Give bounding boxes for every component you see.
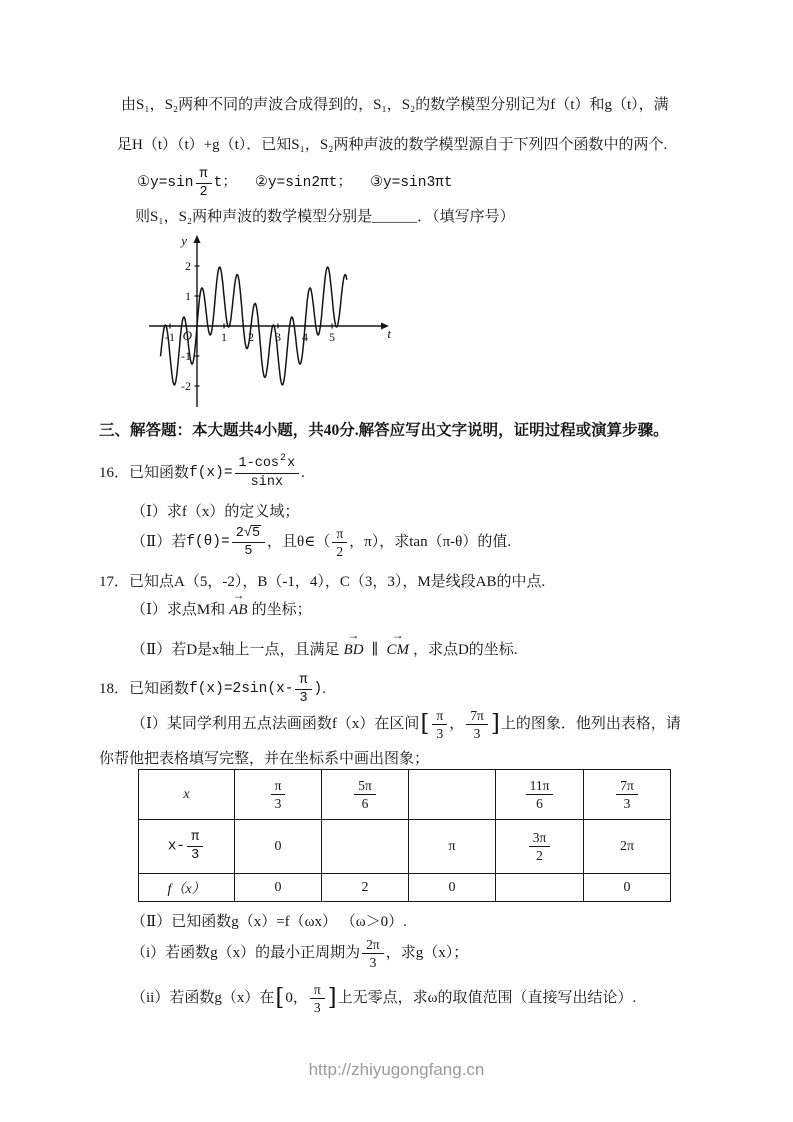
svg-text:2: 2: [185, 259, 191, 273]
fraction-7pi-over-3: 7π 3: [466, 708, 488, 741]
num-var: x: [287, 456, 295, 471]
fraction-pi-over-2: π 2: [332, 526, 347, 559]
ftheta-equals: f(θ)=: [186, 531, 230, 553]
coefficient: 2: [236, 526, 244, 541]
cell: 0: [235, 874, 322, 902]
fraction-2root5-over-5: 2√5 5: [232, 526, 265, 559]
vector-CM: →CM: [385, 639, 410, 661]
problem17-part2: （Ⅱ）若D是x轴上一点，且满足→BD∥→CM，求点D的坐标.: [131, 639, 518, 661]
numerator: π: [196, 167, 212, 184]
fx-equals: f(x)=: [189, 462, 233, 484]
problem17-statement: 17．已知点A（5，-2），B（-1，4），C（3，3），M是线段AB的中点.: [99, 571, 545, 593]
part2-prefix: （Ⅱ）若: [131, 531, 186, 553]
blank-cell: [322, 820, 409, 874]
denominator: sinx: [251, 474, 283, 490]
item-i-prefix: （i）若函数g（x）的最小正周期为: [131, 942, 360, 964]
problem15-answer-line: 则S₁，S₂两种声波的数学模型分别是______．（填写序号）: [135, 206, 515, 228]
denominator: 3: [624, 795, 631, 811]
vector-BD: →BD: [343, 639, 365, 661]
denominator: 2: [200, 184, 208, 200]
numerator: 1-cos2x: [235, 456, 300, 474]
problem18-part2-ii: （ii）若函数g（x）在 [ 0， π 3 ] 上无零点，求ω的取值范围（直接写…: [131, 976, 636, 1020]
option1-prefix: ①y=sin: [137, 172, 194, 194]
item-i-suffix: ，求g（x）；: [386, 942, 469, 964]
problem16-part2: （Ⅱ）若 f(θ)= 2√5 5 ，且θ∈（ π 2 ，π），求tan（π-θ）…: [131, 520, 511, 564]
problem15-options: ①y=sin π 2 t； ②y=sin2πt； ③y=sin3πt: [137, 161, 453, 205]
period: .: [301, 462, 305, 484]
cell: 0: [235, 820, 322, 874]
numerator: π: [310, 982, 325, 999]
denominator: 3: [314, 999, 321, 1015]
section3-heading: 三、解答题：本大题共4小题，共40分.解答应写出文字说明，证明过程或演算步骤。: [99, 420, 669, 442]
footer-watermark-url: http://zhiyugongfang.cn: [0, 1060, 793, 1080]
cell: 5π6: [322, 770, 409, 820]
denominator: 3: [474, 725, 481, 741]
svg-text:-1: -1: [165, 330, 175, 344]
numerator: 2√5: [232, 526, 265, 543]
exam-page: 由S₁，S₂两种不同的声波合成得到的，S₁，S₂的数学模型分别记为f（t）和g（…: [0, 0, 793, 1122]
row-header-fx: f（x）: [139, 874, 235, 902]
parallel-symbol: ∥: [372, 642, 379, 658]
answer-line-text: 则S₁，S₂两种声波的数学模型分别是: [135, 209, 372, 225]
fraction: 11π6: [526, 778, 554, 811]
fill-in-blank: ______: [372, 209, 417, 225]
numerator: 11π: [526, 778, 554, 795]
problem18-part1-line2: 你帮他把表格填写完整，并在坐标系中画出图象；: [99, 748, 429, 770]
svg-text:-2: -2: [181, 379, 191, 393]
fraction-pi-over-2: π 2: [196, 167, 212, 200]
svg-text:4: 4: [302, 330, 308, 344]
fraction-2pi-over-3: 2π 3: [362, 937, 384, 970]
right-bracket: ]: [328, 987, 337, 1010]
problem18-part2: （Ⅱ）已知函数g（x）=f（ωx） （ω＞0）.: [131, 911, 407, 933]
svg-text:2: 2: [248, 330, 254, 344]
fx-formula-suffix: ): [314, 678, 323, 700]
cell: 2: [322, 874, 409, 902]
vector-AB: →AB: [228, 599, 248, 621]
denominator: 2: [536, 847, 543, 863]
numerator: 3π: [529, 830, 551, 847]
row-header-x-minus-pi3: x-π3: [139, 820, 235, 874]
cell: 7π3: [584, 770, 671, 820]
cell: π: [409, 820, 496, 874]
problem15-line1: 由S₁，S₂两种不同的声波合成得到的，S₁，S₂的数学模型分别记为f（t）和g（…: [121, 94, 669, 116]
interval-comma: ，: [449, 713, 464, 735]
denominator: 3: [191, 847, 199, 863]
denominator: 3: [370, 954, 377, 970]
fraction: 7π3: [616, 778, 638, 811]
numerator: π: [432, 708, 447, 725]
problem17-part1: （Ⅰ）求点M和→AB的坐标；: [131, 599, 312, 621]
interval-zero: 0，: [285, 987, 308, 1009]
fraction: π3: [271, 778, 286, 811]
problem16-statement: 16．已知函数 f(x)= 1-cos2x sinx .: [99, 449, 305, 497]
cell: 11π6: [496, 770, 584, 820]
part2-suffix: ，π），求tan（π-θ）的值.: [349, 531, 511, 553]
cell: 0: [409, 874, 496, 902]
problem18-part1-line1: （Ⅰ）某同学利用五点法画函数f（x）在区间 [ π 3 ， 7π 3 ] 上的图…: [131, 701, 681, 747]
fraction: 3π2: [529, 830, 551, 863]
vector-arrow-icon: →: [392, 629, 404, 641]
part2-suffix: ，求点D的坐标.: [413, 642, 518, 658]
denominator: 2: [336, 543, 343, 559]
part1-suffix: 上的图象．他列出表格，请: [501, 713, 681, 735]
vector-name: CM: [386, 642, 409, 658]
fx-formula-prefix: f(x)=2sin(x-: [189, 678, 293, 700]
problem15-line2: 足H（t）（t）+g（t）．已知S₁，S₂两种声波的数学模型源自于下列四个函数中…: [117, 134, 667, 156]
left-bracket: [: [275, 987, 284, 1010]
exponent-2: 2: [280, 453, 286, 464]
cell: 3π2: [496, 820, 584, 874]
vector-arrow-icon: →: [348, 629, 360, 641]
part1-suffix: 的坐标；: [252, 602, 312, 618]
option1-suffix: t；: [214, 172, 237, 194]
cell: π3: [235, 770, 322, 820]
cell: 0: [584, 874, 671, 902]
origin-label: O: [183, 328, 193, 343]
right-bracket: ]: [491, 713, 500, 736]
blank-cell: [409, 770, 496, 820]
waveform-figure: -11234521-1-2 y t O: [145, 233, 397, 411]
part2-middle: ，且θ∈（: [267, 531, 330, 553]
radicand: 5: [251, 525, 261, 541]
period: .: [322, 678, 326, 700]
denominator: 6: [362, 795, 369, 811]
cell: 2π: [584, 820, 671, 874]
part1-prefix: （Ⅰ）求点M和: [131, 602, 225, 618]
t-axis-label: t: [387, 326, 391, 341]
num-text: 1-cos: [239, 456, 280, 471]
numerator: 5π: [354, 778, 376, 795]
table-row-fx: f（x） 0 2 0 0: [139, 874, 671, 902]
left-bracket: [: [420, 713, 429, 736]
fraction-pi-over-3: π 3: [310, 982, 325, 1015]
row-header-x: x: [139, 770, 235, 820]
denominator: 3: [436, 725, 443, 741]
option2: ②y=sin2πt；: [255, 172, 352, 194]
item-ii-prefix: （ii）若函数g（x）在: [131, 987, 274, 1009]
fraction-1-minus-cos2x-over-sinx: 1-cos2x sinx: [235, 456, 300, 490]
numerator: 7π: [616, 778, 638, 795]
numerator: 2π: [362, 937, 384, 954]
table-row-x-minus-pi3: x-π3 0 π 3π2 2π: [139, 820, 671, 874]
y-axis-label: y: [179, 233, 187, 248]
part1-prefix: （Ⅰ）某同学利用五点法画函数f（x）在区间: [131, 713, 419, 735]
numerator: 7π: [466, 708, 488, 725]
vector-name: AB: [229, 602, 247, 618]
fraction-pi-over-3: π 3: [432, 708, 447, 741]
denominator: 5: [244, 543, 252, 559]
denominator: 3: [275, 795, 282, 811]
radical-sign: √: [244, 526, 251, 541]
svg-text:5: 5: [329, 330, 335, 344]
svg-text:-1: -1: [181, 349, 191, 363]
numerator: π: [295, 673, 311, 690]
answer-line-suffix: ．（填写序号）: [417, 209, 515, 225]
option3: ③y=sin3πt: [370, 172, 453, 194]
denominator: 6: [536, 795, 543, 811]
y-axis-arrow-icon: [194, 235, 201, 243]
vector-arrow-icon: →: [232, 589, 244, 601]
svg-text:3: 3: [275, 330, 281, 344]
problem16-intro: 16．已知函数: [99, 462, 189, 484]
blank-cell: [496, 874, 584, 902]
table-row-x: x π3 5π6 11π6 7π3: [139, 770, 671, 820]
numerator: π: [332, 526, 347, 543]
part2-prefix: （Ⅱ）若D是x轴上一点，且满足: [131, 642, 340, 658]
numerator: π: [187, 830, 203, 847]
item-ii-suffix: 上无零点，求ω的取值范围（直接写出结论）.: [338, 987, 637, 1009]
problem18-intro: 18．已知函数: [99, 678, 189, 700]
numerator: π: [271, 778, 286, 795]
svg-text:1: 1: [221, 330, 227, 344]
fraction: 5π6: [354, 778, 376, 811]
vector-name: BD: [344, 642, 364, 658]
svg-text:1: 1: [185, 289, 191, 303]
fraction: π3: [187, 830, 203, 863]
header-prefix: x-: [168, 839, 185, 855]
five-point-method-table: x π3 5π6 11π6 7π3 x-π3 0 π 3π2 2π f（x） 0…: [138, 769, 671, 902]
problem18-part2-i: （i）若函数g（x）的最小正周期为 2π 3 ，求g（x）；: [131, 931, 468, 975]
